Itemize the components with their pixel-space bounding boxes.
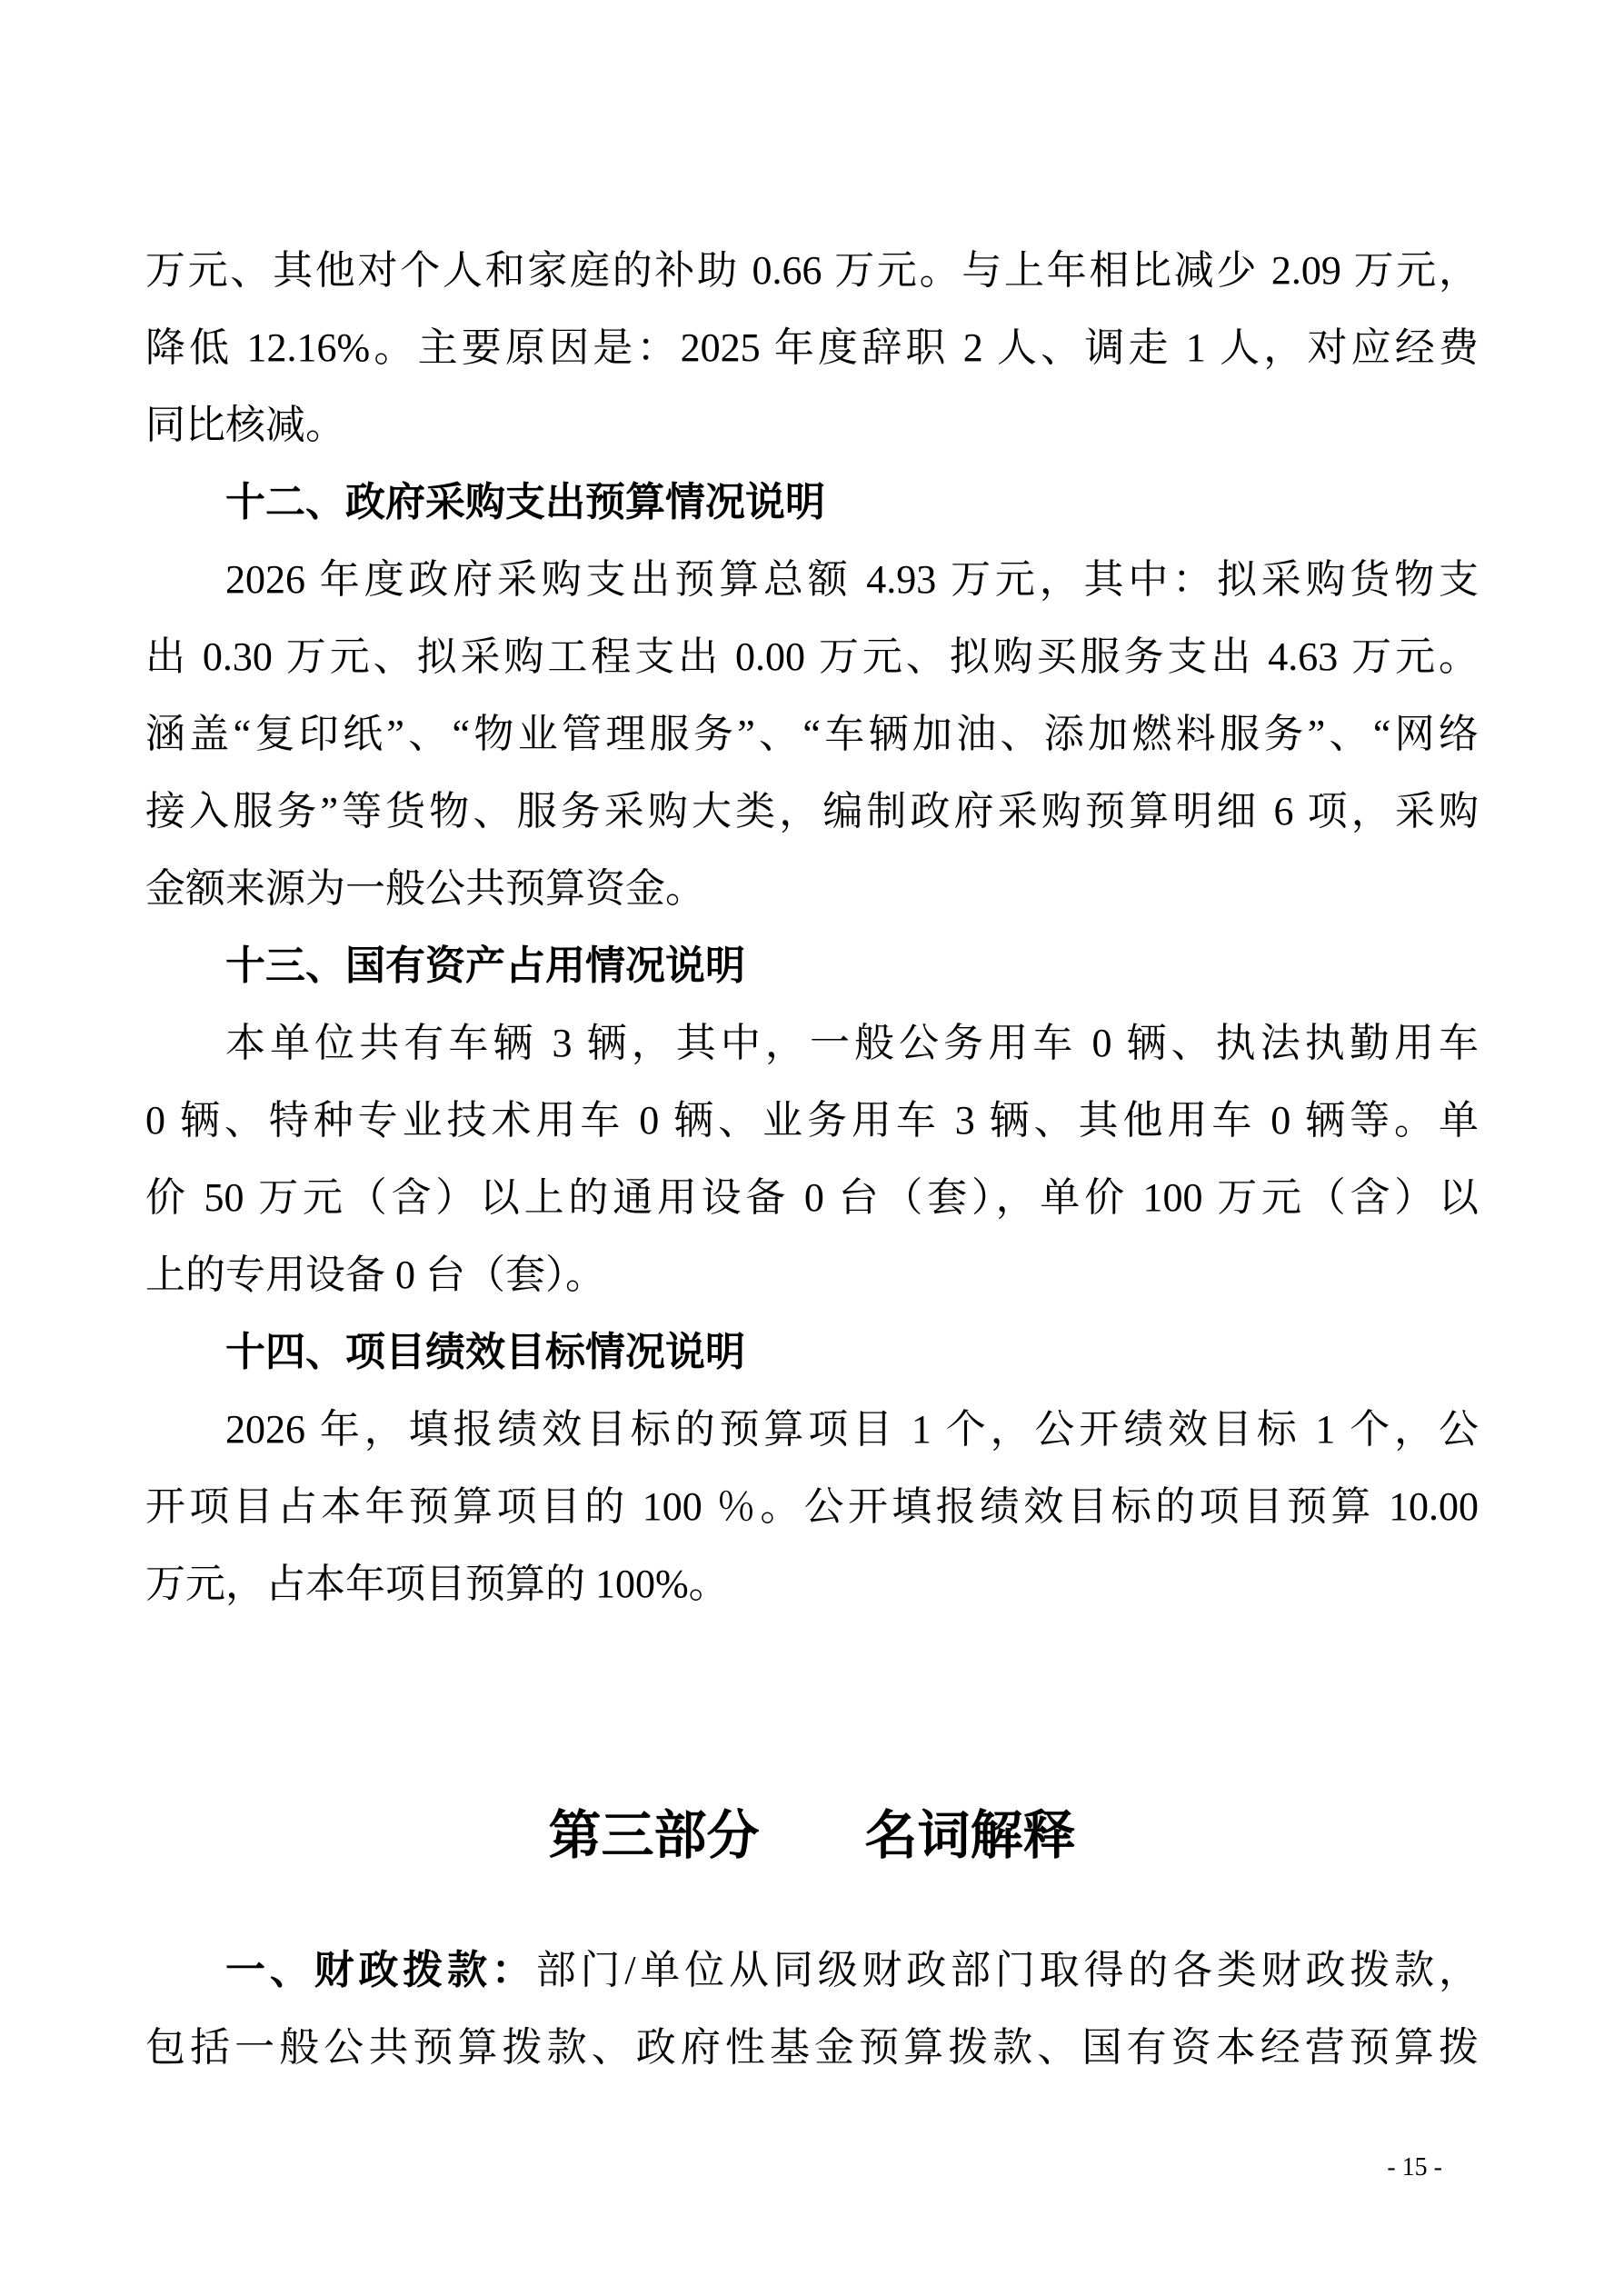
- body-line: 上的专用设备 0 台（套）。: [145, 1236, 1479, 1313]
- body-line: 2026 年，填报绩效目标的预算项目 1 个，公开绩效目标 1 个，公: [145, 1391, 1479, 1468]
- body-line: 本单位共有车辆 3 辆，其中，一般公务用车 0 辆、执法执勤用车: [145, 1004, 1479, 1082]
- section-heading-13: 十三、国有资产占用情况说明: [145, 927, 1479, 1004]
- body-line: 同比核减。: [145, 386, 1479, 464]
- body-line: 涵盖“复印纸”、“物业管理服务”、“车辆加油、添加燃料服务”、“网络: [145, 695, 1479, 773]
- section-heading-12: 十二、政府采购支出预算情况说明: [145, 464, 1479, 541]
- body-line: 万元、其他对个人和家庭的补助 0.66 万元。与上年相比减少 2.09 万元，: [145, 232, 1479, 309]
- definition-term: 一、财政拨款：: [225, 1948, 536, 1992]
- body-line: 金额来源为一般公共预算资金。: [145, 850, 1479, 927]
- body-line: 开项目占本年预算项目的 100 ％。公开填报绩效目标的项目预算 10.00: [145, 1468, 1479, 1545]
- body-line: 降低 12.16%。主要原因是：2025 年度辞职 2 人、调走 1 人，对应经…: [145, 309, 1479, 386]
- part-three-title: 第三部分 名词解释: [145, 1795, 1479, 1877]
- body-line: 包括一般公共预算拨款、政府性基金预算拨款、国有资本经营预算拨: [145, 2009, 1479, 2086]
- glossary-paragraph: 一、财政拨款：部门/单位从同级财政部门取得的各类财政拨款， 包括一般公共预算拨款…: [145, 1932, 1479, 2086]
- section-heading-14: 十四、项目绩效目标情况说明: [145, 1313, 1479, 1391]
- body-line: 出 0.30 万元、拟采购工程支出 0.00 万元、拟购买服务支出 4.63 万…: [145, 618, 1479, 695]
- body-line: 0 辆、特种专业技术用车 0 辆、业务用车 3 辆、其他用车 0 辆等。单: [145, 1082, 1479, 1159]
- definition-text: 部门/单位从同级财政部门取得的各类财政拨款，: [536, 1948, 1479, 1992]
- body-line: 万元，占本年项目预算的 100%。: [145, 1545, 1479, 1622]
- body-line: 一、财政拨款：部门/单位从同级财政部门取得的各类财政拨款，: [145, 1932, 1479, 2009]
- document-body: 万元、其他对个人和家庭的补助 0.66 万元。与上年相比减少 2.09 万元， …: [145, 232, 1479, 2086]
- page-number: - 15 -: [1387, 2152, 1442, 2183]
- body-line: 接入服务”等货物、服务采购大类，编制政府采购预算明细 6 项，采购: [145, 773, 1479, 850]
- body-line: 2026 年度政府采购支出预算总额 4.93 万元，其中：拟采购货物支: [145, 541, 1479, 618]
- body-line: 价 50 万元（含）以上的通用设备 0 台（套），单价 100 万元（含）以: [145, 1159, 1479, 1236]
- document-page: 万元、其他对个人和家庭的补助 0.66 万元。与上年相比减少 2.09 万元， …: [0, 0, 1624, 2296]
